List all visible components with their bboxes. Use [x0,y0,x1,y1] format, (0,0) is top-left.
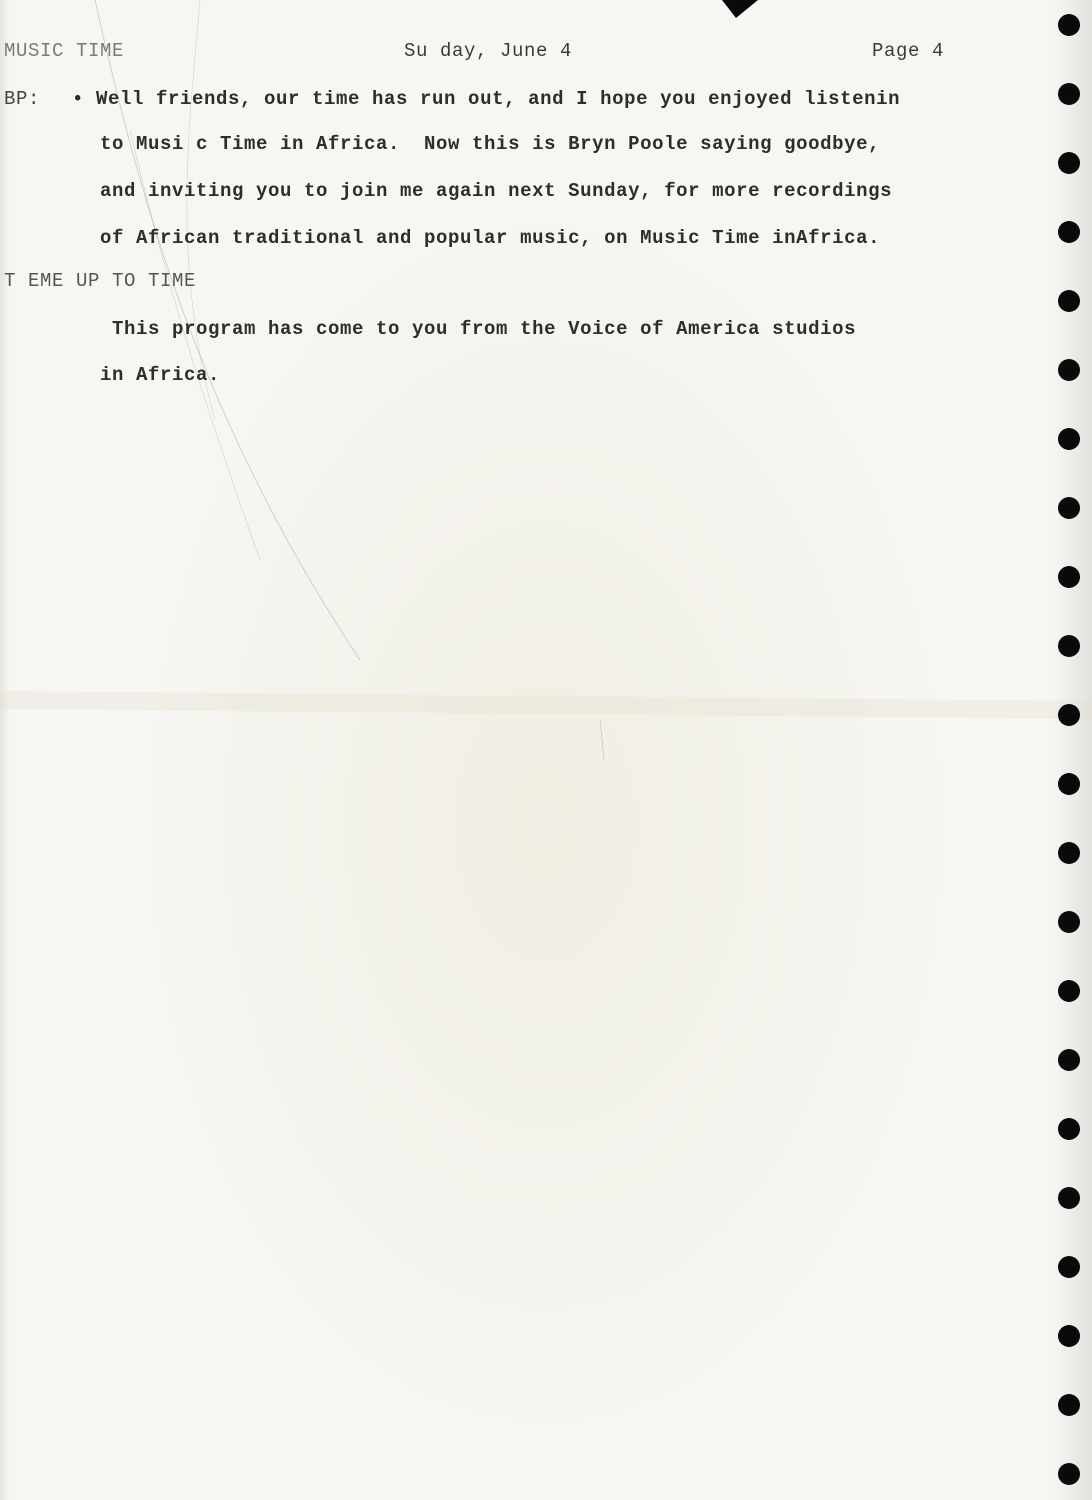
punch-hole [1058,773,1080,795]
script-line: of African traditional and popular music… [100,227,880,249]
punch-hole [1058,1463,1080,1485]
script-line: and inviting you to join me again next S… [100,180,892,202]
punch-hole [1058,221,1080,243]
punch-hole [1058,359,1080,381]
torn-corner [722,0,758,18]
punch-hole [1058,83,1080,105]
speaker-label: BP: [4,88,40,110]
header-date: Su day, June 4 [404,40,572,62]
punch-hole [1058,704,1080,726]
punch-hole [1058,1325,1080,1347]
script-line: to Musi c Time in Africa. Now this is Br… [100,133,880,155]
punch-hole [1058,1394,1080,1416]
punch-hole [1058,842,1080,864]
punch-hole [1058,14,1080,36]
punch-hole [1058,635,1080,657]
punch-hole [1058,497,1080,519]
header-page-number: Page 4 [872,40,944,62]
punch-hole [1058,911,1080,933]
punch-hole [1058,566,1080,588]
punch-hole [1058,1187,1080,1209]
punch-hole [1058,1118,1080,1140]
script-line: • Well friends, our time has run out, an… [72,88,900,110]
punch-hole [1058,428,1080,450]
production-cue: T EME UP TO TIME [4,270,196,292]
punch-hole [1058,152,1080,174]
header-program-title: MUSIC TIME [4,40,124,62]
punch-hole [1058,290,1080,312]
typewritten-page: MUSIC TIME Su day, June 4 Page 4 BP: • W… [0,0,1092,1500]
punch-hole [1058,1049,1080,1071]
punch-hole [1058,1256,1080,1278]
paper-crease-marks [0,0,1092,1500]
punch-hole [1058,980,1080,1002]
closing-line: This program has come to you from the Vo… [112,318,856,340]
closing-line: in Africa. [100,364,220,386]
